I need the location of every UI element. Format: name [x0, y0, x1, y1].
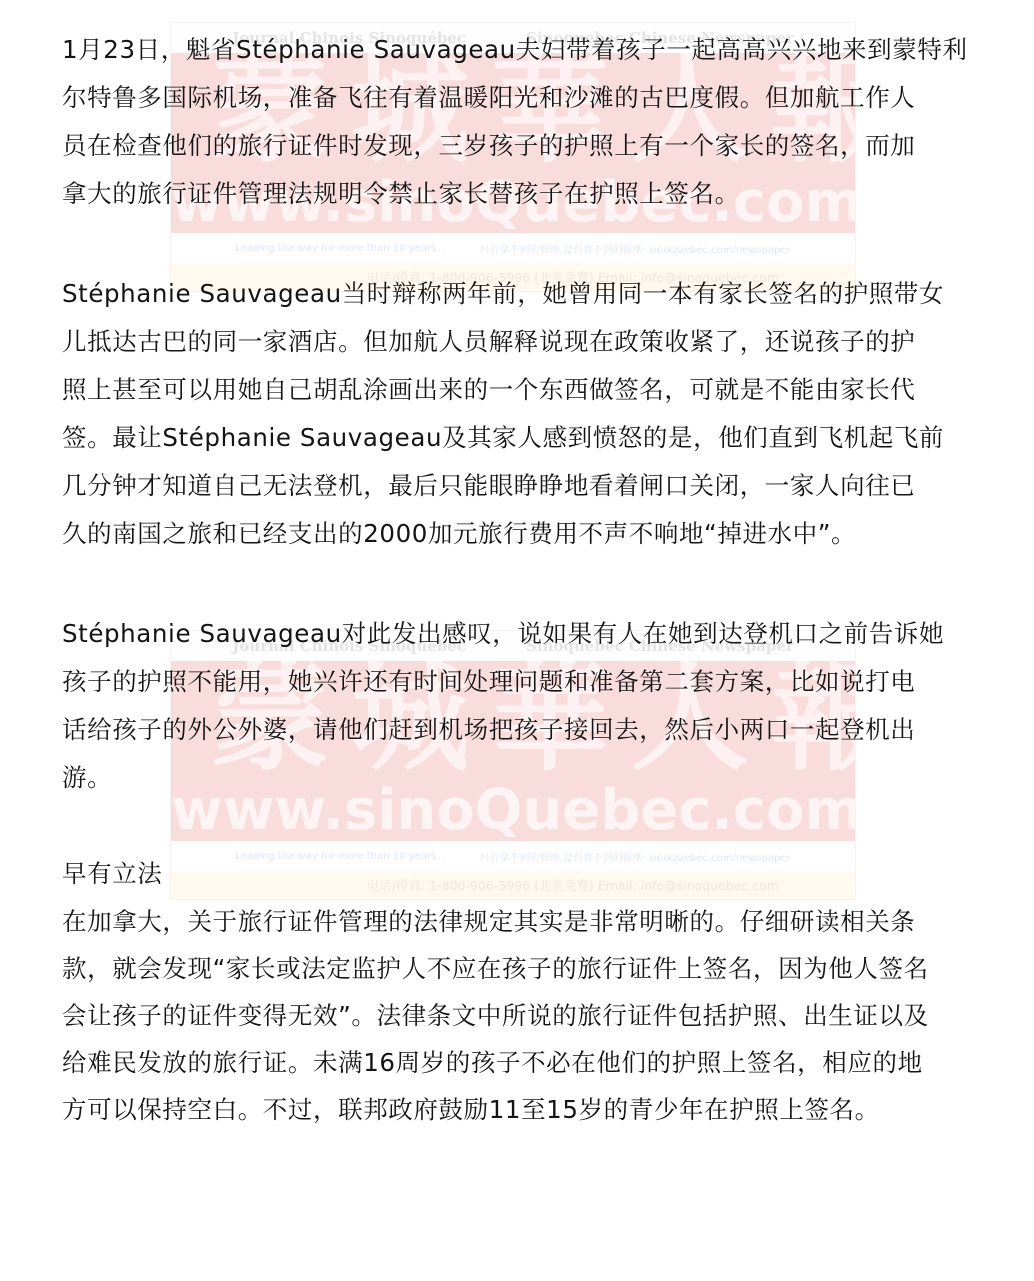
text-line: 孩子的护照不能用，她兴许还有时间处理问题和准备第二套方案，比如说打电	[62, 658, 1002, 706]
text-line: 照上甚至可以用她自己胡乱涂画出来的一个东西做签名，可就是不能由家长代	[62, 366, 1002, 414]
text-line: Stéphanie Sauvageau当时辩称两年前，她曾用同一本有家长签名的护…	[62, 270, 1002, 318]
article-paragraph-2: Stéphanie Sauvageau当时辩称两年前，她曾用同一本有家长签名的护…	[62, 270, 1002, 558]
text-line: 签。最让Stéphanie Sauvageau及其家人感到愤怒的是，他们直到飞机…	[62, 414, 1002, 462]
article-paragraph-3: Stéphanie Sauvageau对此发出感叹，说如果有人在她到达登机口之前…	[62, 610, 1002, 802]
section-heading: 早有立法	[62, 854, 1002, 894]
text-line: 款，就会发现“家长或法定监护人不应在孩子的旅行证件上签名，因为他人签名	[62, 945, 1002, 992]
text-line: 游。	[62, 754, 1002, 802]
text-line: Stéphanie Sauvageau对此发出感叹，说如果有人在她到达登机口之前…	[62, 610, 1002, 658]
text-line: 儿抵达古巴的同一家酒店。但加航人员解释说现在政策收紧了，还说孩子的护	[62, 318, 1002, 366]
text-line: 话给孩子的外公外婆，请他们赶到机场把孩子接回去，然后小两口一起登机出	[62, 706, 1002, 754]
article-paragraph-1: 1月23日，魁省Stéphanie Sauvageau夫妇带着孩子一起高高兴兴地…	[62, 26, 1002, 218]
text-line: 方可以保持空白。不过，联邦政府鼓励11至15岁的青少年在护照上签名。	[62, 1086, 1002, 1133]
text-line: 拿大的旅行证件管理法规明令禁止家长替孩子在护照上签名。	[62, 170, 1002, 218]
text-line: 员在检查他们的旅行证件时发现，三岁孩子的护照上有一个家长的签名，而加	[62, 122, 1002, 170]
text-line: 久的南国之旅和已经支出的2000加元旅行费用不声不响地“掉进水中”。	[62, 510, 1002, 558]
text-line: 会让孩子的证件变得无效”。法律条文中所说的旅行证件包括护照、出生证以及	[62, 992, 1002, 1039]
article-body: 1月23日，魁省Stéphanie Sauvageau夫妇带着孩子一起高高兴兴地…	[62, 26, 1002, 1133]
text-line: 给难民发放的旅行证。未满16周岁的孩子不必在他们的护照上签名，相应的地	[62, 1039, 1002, 1086]
text-line: 几分钟才知道自己无法登机，最后只能眼睁睁地看着闸口关闭，一家人向往已	[62, 462, 1002, 510]
text-line: 在加拿大，关于旅行证件管理的法律规定其实是非常明晰的。仔细研读相关条	[62, 898, 1002, 945]
text-line: 尔特鲁多国际机场，准备飞往有着温暖阳光和沙滩的古巴度假。但加航工作人	[62, 74, 1002, 122]
text-line: 1月23日，魁省Stéphanie Sauvageau夫妇带着孩子一起高高兴兴地…	[62, 26, 1002, 74]
article-paragraph-4: 在加拿大，关于旅行证件管理的法律规定其实是非常明晰的。仔细研读相关条 款，就会发…	[62, 898, 1002, 1133]
